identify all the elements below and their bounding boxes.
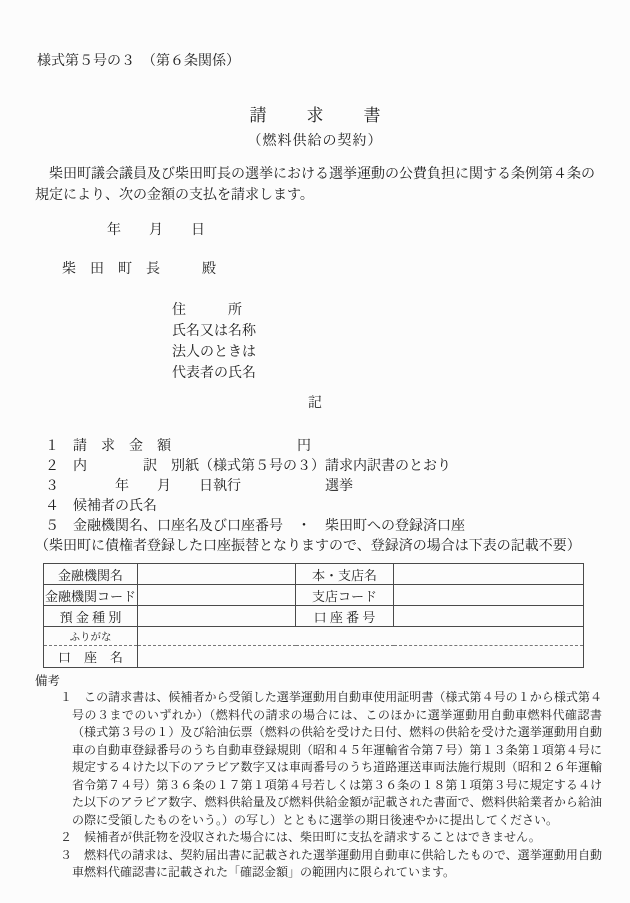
sender-corporate-label: 法人のときは <box>172 342 630 363</box>
table-row: 金融機関コード 支店コード <box>44 585 584 606</box>
remark-item-3: ３燃料代の請求は、契約届出書に記載された選挙運動用自動車に供給したもので、選挙運… <box>35 847 602 882</box>
item-bank-account: ５ 金融機関名、口座名及び口座番号 ・ 柴田町への登録済口座 <box>45 517 600 537</box>
recipient-line: 柴 田 町 長 殿 <box>62 261 630 279</box>
branch-name-label: 本・支店名 <box>296 564 394 585</box>
financial-institution-name-label: 金融機関名 <box>44 564 138 585</box>
request-items: １ 請 求 金 額 円 ２ 内 訳 別紙（様式第５号の３）請求内訳書のとおり ３… <box>45 437 600 557</box>
remark-item-1: １この請求書は、候補者から受領した選挙運動用自動車使用証明書（様式第４号の１から… <box>35 689 602 829</box>
document-subtitle: （燃料供給の契約） <box>0 133 630 151</box>
remark-number: ２ <box>60 829 84 847</box>
table-row: 金融機関名 本・支店名 <box>44 564 584 585</box>
remarks-section: 備考 １この請求書は、候補者から受領した選挙運動用自動車使用証明書（様式第４号の… <box>35 673 602 882</box>
item-breakdown: ２ 内 訳 別紙（様式第５号の３）請求内訳書のとおり <box>45 457 600 477</box>
table-row: ふりがな <box>44 627 584 646</box>
intro-paragraph: 柴田町議会議員及び柴田町長の選挙における選挙運動の公費負担に関する条例第４条の規… <box>35 164 595 206</box>
remark-item-2: ２候補者が供託物を没収された場合には、柴田町に支払を請求することはできません。 <box>35 829 602 847</box>
financial-institution-name-field <box>138 564 296 585</box>
remark-number: ３ <box>60 847 84 865</box>
branch-code-label: 支店コード <box>296 585 394 606</box>
remarks-heading: 備考 <box>35 673 602 689</box>
sender-block: 住 所 氏名又は名称 法人のときは 代表者の氏名 <box>172 300 630 384</box>
account-name-label: 口 座 名 <box>44 646 138 668</box>
account-number-label: 口 座 番 号 <box>296 606 394 627</box>
branch-name-field <box>394 564 584 585</box>
branch-code-field <box>394 585 584 606</box>
deposit-type-label: 預 金 種 別 <box>44 606 138 627</box>
date-line: 年 月 日 <box>107 222 630 240</box>
items-note: （柴田町に債権者登録した口座振替となりますので、登録済の場合は下表の記載不要） <box>35 537 600 557</box>
record-heading: 記 <box>0 395 630 413</box>
remark-text: この請求書は、候補者から受領した選挙運動用自動車使用証明書（様式第４号の１から様… <box>72 690 602 827</box>
item-request-amount: １ 請 求 金 額 円 <box>45 437 600 457</box>
account-name-field <box>138 646 584 668</box>
deposit-type-field <box>138 606 296 627</box>
bank-account-table: 金融機関名 本・支店名 金融機関コード 支店コード 預 金 種 別 口 座 番 … <box>43 563 584 668</box>
remark-text: 候補者が供託物を没収された場合には、柴田町に支払を請求することはできません。 <box>84 830 541 844</box>
item-candidate-name: ４ 候補者の氏名 <box>45 497 600 517</box>
furigana-field <box>138 627 584 646</box>
sender-address-label: 住 所 <box>172 300 630 321</box>
item-election-date: ３ 年 月 日執行 選挙 <box>45 477 600 497</box>
account-number-field <box>394 606 584 627</box>
financial-institution-code-label: 金融機関コード <box>44 585 138 606</box>
financial-institution-code-field <box>138 585 296 606</box>
document-page: 様式第５号の３ （第６条関係） 請求書 （燃料供給の契約） 柴田町議会議員及び柴… <box>0 0 630 903</box>
document-title: 請求書 <box>0 106 630 126</box>
form-number: 様式第５号の３ （第６条関係） <box>37 0 630 70</box>
remark-text: 燃料代の請求は、契約届出書に記載された選挙運動用自動車に供給したもので、選挙運動… <box>72 848 602 880</box>
remark-number: １ <box>60 689 84 707</box>
sender-name-label: 氏名又は名称 <box>172 321 630 342</box>
sender-representative-label: 代表者の氏名 <box>172 363 630 384</box>
table-row: 預 金 種 別 口 座 番 号 <box>44 606 584 627</box>
furigana-label: ふりがな <box>44 627 138 646</box>
table-row: 口 座 名 <box>44 646 584 668</box>
